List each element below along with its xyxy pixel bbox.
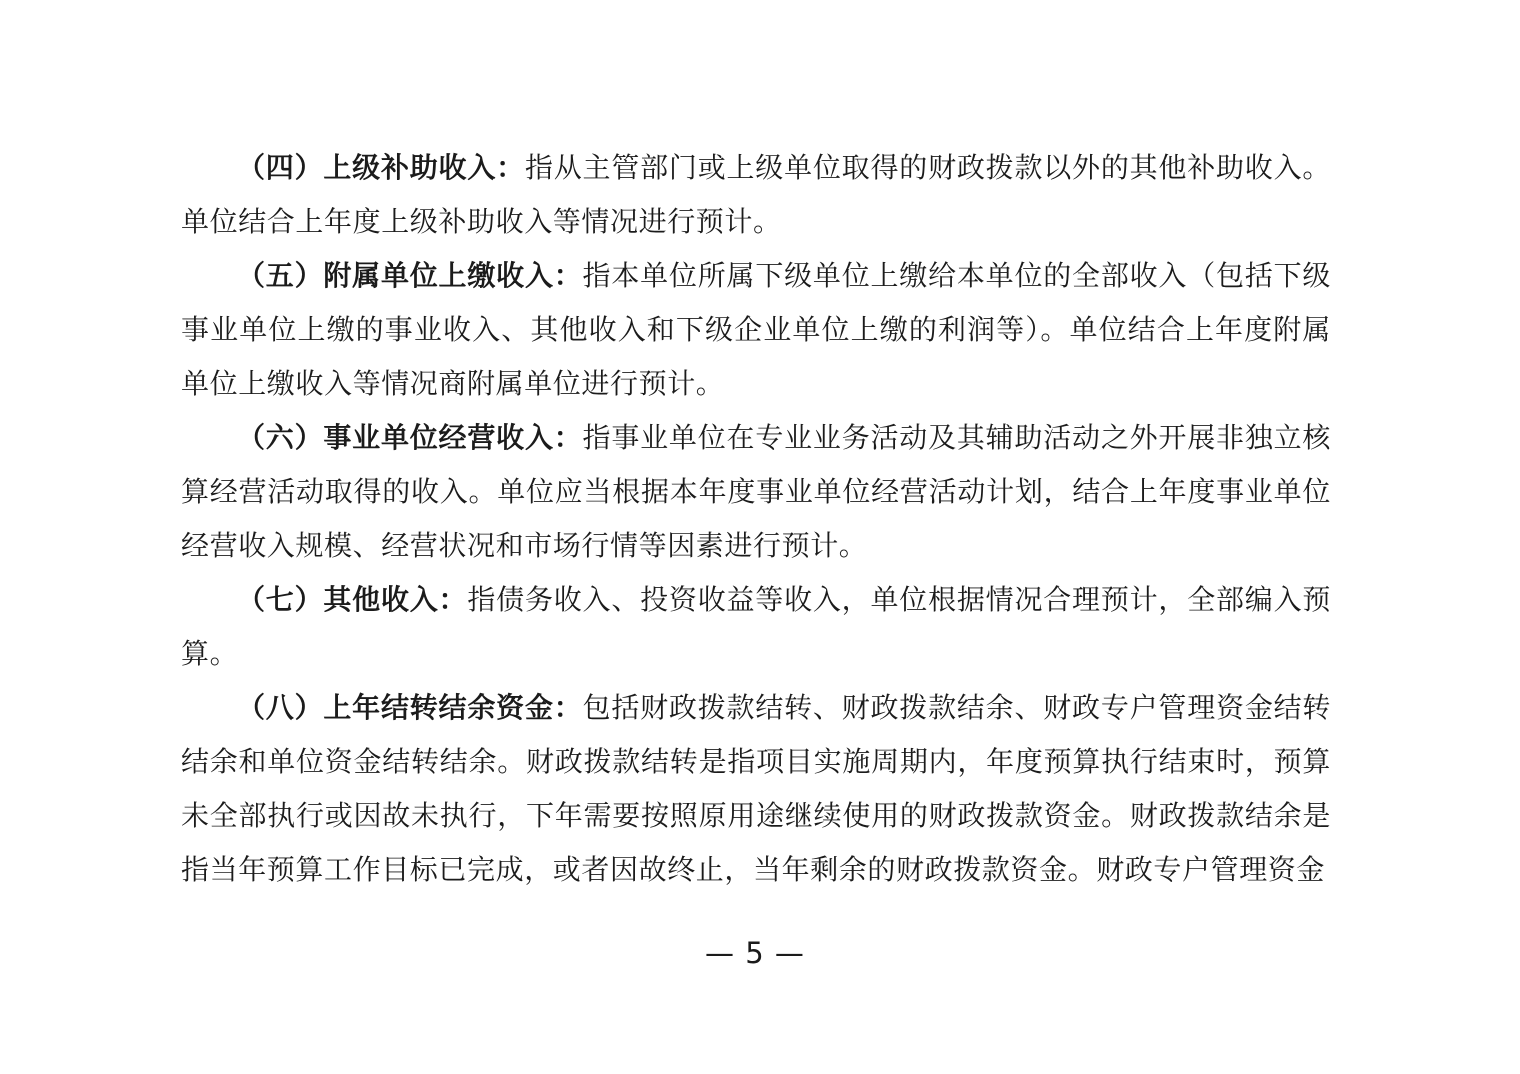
paragraph-heading: （四）上级补助收入：: [237, 151, 525, 184]
document-page: （四）上级补助收入：指从主管部门或上级单位取得的财政拨款以外的其他补助收入。单位…: [0, 0, 1520, 1074]
paragraph-affiliated-unit-remitted-income: （五）附属单位上缴收入：指本单位所属下级单位上缴给本单位的全部收入（包括下级事业…: [181, 249, 1331, 411]
document-body: （四）上级补助收入：指从主管部门或上级单位取得的财政拨款以外的其他补助收入。单位…: [181, 141, 1331, 897]
paragraph-institution-operating-income: （六）事业单位经营收入：指事业单位在专业业务活动及其辅助活动之外开展非独立核算经…: [181, 411, 1331, 573]
paragraph-heading: （六）事业单位经营收入：: [237, 421, 583, 454]
paragraph-heading: （七）其他收入：: [237, 583, 467, 616]
paragraph-heading: （八）上年结转结余资金：: [237, 691, 583, 724]
paragraph-carryover-surplus-funds: （八）上年结转结余资金：包括财政拨款结转、财政拨款结余、财政专户管理资金结转结余…: [181, 681, 1331, 897]
page-number: — 5 —: [0, 936, 1510, 970]
paragraph-superior-subsidy-income: （四）上级补助收入：指从主管部门或上级单位取得的财政拨款以外的其他补助收入。单位…: [181, 141, 1331, 249]
paragraph-other-income: （七）其他收入：指债务收入、投资收益等收入，单位根据情况合理预计，全部编入预算。: [181, 573, 1331, 681]
paragraph-heading: （五）附属单位上缴收入：: [237, 259, 583, 292]
